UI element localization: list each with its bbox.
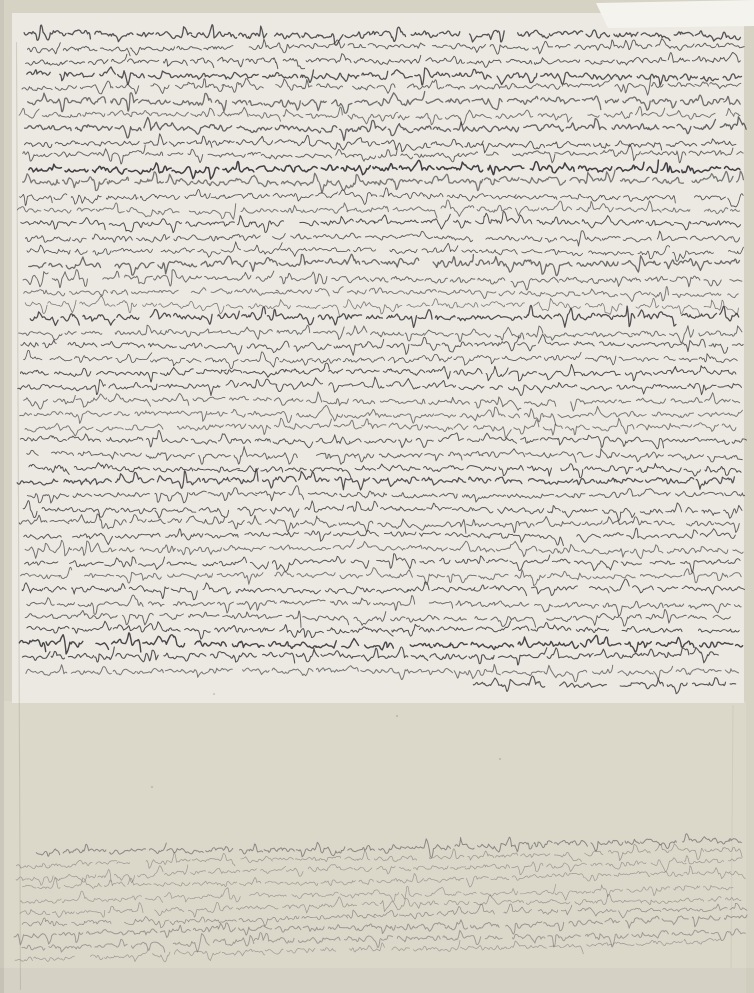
bottom-edge-shadow: [0, 968, 754, 993]
dust-speck: [151, 786, 153, 788]
dust-speck: [499, 758, 501, 760]
left-edge-shadow: [0, 0, 4, 993]
manuscript-canvas: [0, 0, 754, 993]
manuscript-scan: [0, 0, 754, 993]
lower-backing-sheet: [4, 701, 746, 993]
dust-speck: [396, 715, 398, 717]
top-edge-highlight: [596, 0, 754, 28]
dust-speck: [213, 693, 215, 695]
